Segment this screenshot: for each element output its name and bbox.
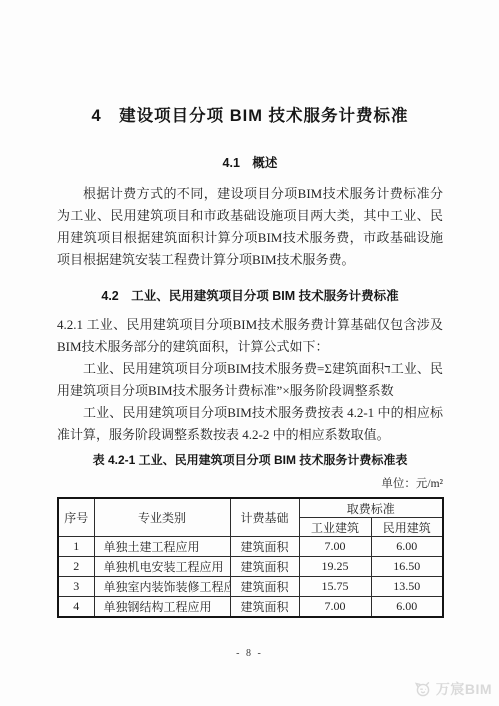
table-header-row-1: 序号 专业类别 计费基础 取费标准 (58, 498, 443, 518)
calculation-reference-paragraph: 工业、民用建筑项目分项BIM技术服务费按表 4.2-1 中的相应标准计算，服务阶… (57, 402, 443, 446)
cell-industrial: 19.25 (299, 557, 371, 577)
cell-civil: 6.00 (371, 597, 443, 618)
page-number: - 8 - (0, 648, 499, 659)
formula-paragraph: 工业、民用建筑项目分项BIM技术服务费=Σ建筑面积ד工业、民用建筑项目分项BIM… (57, 358, 443, 402)
cell-seq: 4 (58, 597, 94, 618)
watermark: 万宸BIM (414, 679, 492, 699)
header-civil: 民用建筑 (371, 518, 443, 537)
document-content: 4 建设项目分项 BIM 技术服务计费标准 4.1 概述 根据计费方式的不同，建… (57, 0, 443, 618)
cell-category: 单独机电安装工程应用 (94, 557, 230, 577)
cell-civil: 6.00 (371, 537, 443, 557)
table-row: 1 单独土建工程应用 建筑面积 7.00 6.00 (58, 537, 443, 557)
table-header: 序号 专业类别 计费基础 取费标准 工业建筑 民用建筑 (58, 498, 443, 537)
cell-category: 单独钢结构工程应用 (94, 597, 230, 618)
cell-basis: 建筑面积 (230, 597, 299, 618)
header-fee-group: 取费标准 (299, 498, 443, 518)
cell-basis: 建筑面积 (230, 557, 299, 577)
cell-seq: 2 (58, 557, 94, 577)
cell-category: 单独室内装饰装修工程应用 (94, 577, 230, 597)
cell-civil: 16.50 (371, 557, 443, 577)
cell-seq: 1 (58, 537, 94, 557)
table-body: 1 单独土建工程应用 建筑面积 7.00 6.00 2 单独机电安装工程应用 建… (58, 537, 443, 618)
header-basis: 计费基础 (230, 498, 299, 537)
chapter-title: 4 建设项目分项 BIM 技术服务计费标准 (57, 0, 443, 126)
section-4-2-heading: 4.2 工业、民用建筑项目分项 BIM 技术服务计费标准 (57, 286, 443, 304)
cell-basis: 建筑面积 (230, 537, 299, 557)
section-4-1-heading: 4.1 概述 (57, 153, 443, 171)
watermark-text: 万宸BIM (436, 679, 492, 699)
header-seq: 序号 (58, 498, 94, 537)
brand-logo-icon (414, 681, 432, 697)
table-row: 4 单独钢结构工程应用 建筑面积 7.00 6.00 (58, 597, 443, 618)
header-category: 专业类别 (94, 498, 230, 537)
clause-4-2-1-paragraph: 4.2.1 工业、民用建筑项目分项BIM技术服务费计算基础仅包含涉及BIM技术服… (57, 314, 443, 358)
table-row: 3 单独室内装饰装修工程应用 建筑面积 15.75 13.50 (58, 577, 443, 597)
cell-civil: 13.50 (371, 577, 443, 597)
table-row: 2 单独机电安装工程应用 建筑面积 19.25 16.50 (58, 557, 443, 577)
cell-industrial: 7.00 (299, 597, 371, 618)
table-caption: 表 4.2-1 工业、民用建筑项目分项 BIM 技术服务计费标准表 (57, 451, 443, 468)
fee-standard-table: 序号 专业类别 计费基础 取费标准 工业建筑 民用建筑 1 单独土建工程应用 建… (57, 497, 444, 618)
cell-seq: 3 (58, 577, 94, 597)
document-page: 4 建设项目分项 BIM 技术服务计费标准 4.1 概述 根据计费方式的不同，建… (0, 0, 499, 706)
unit-label: 单位：元/m² (57, 475, 443, 491)
header-industrial: 工业建筑 (299, 518, 371, 537)
overview-paragraph: 根据计费方式的不同，建设项目分项BIM技术服务计费标准分为工业、民用建筑项目和市… (57, 183, 443, 271)
cell-industrial: 7.00 (299, 537, 371, 557)
cell-basis: 建筑面积 (230, 577, 299, 597)
cell-category: 单独土建工程应用 (94, 537, 230, 557)
cell-industrial: 15.75 (299, 577, 371, 597)
